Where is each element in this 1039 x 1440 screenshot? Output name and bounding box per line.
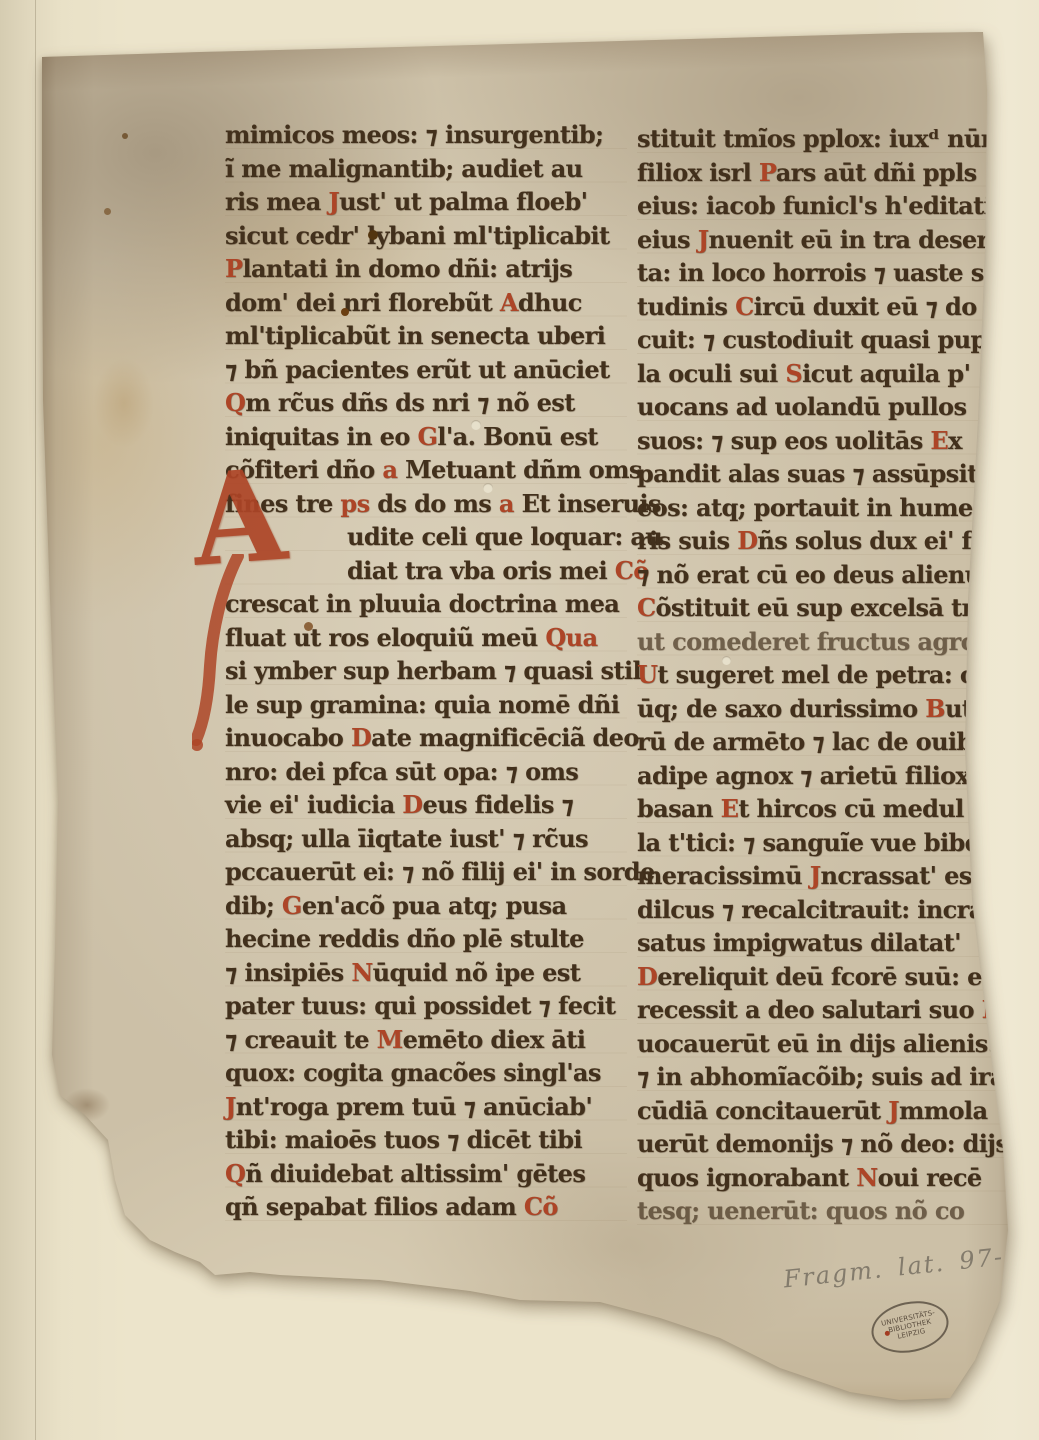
manuscript-line: filiox isrl Pars aūt dñi ppls bbox=[637, 156, 1039, 190]
ink-text: cuit: ⁊ custodiuit quasi pupil bbox=[637, 325, 1004, 354]
parchment-leaf: mimicos meos: ⁊ insurgentib;ĩ me maligna… bbox=[38, 28, 1013, 1413]
library-stamp: UNIVERSITÄTS- BIBLIOTHEK LEIPZIG bbox=[867, 1294, 954, 1359]
ink-text: rū de armēto ⁊ lac de ouib;: cū bbox=[637, 727, 1028, 756]
ink-text: ncrassat' est bbox=[821, 861, 983, 890]
ink-text: tesq; uenerūt: quos nõ co bbox=[637, 1196, 964, 1225]
manuscript-line: Plantati in domo dñi: atrijs bbox=[225, 252, 627, 286]
manuscript-line: ⁊ bñ pacientes erũt ut anūciet bbox=[225, 353, 627, 387]
manuscript-line: satus impigwatus dilatat' bbox=[637, 926, 1039, 960]
ink-text: ris suis bbox=[637, 526, 737, 555]
ink-text: fines tre bbox=[225, 489, 340, 518]
ink-text: la oculi sui bbox=[637, 359, 785, 388]
ink-text: dhuc bbox=[518, 288, 582, 317]
ink-text: vie ei' iudicia bbox=[225, 790, 402, 819]
manuscript-line: ta: in loco horrois ⁊ uaste soli bbox=[637, 256, 1039, 290]
ink-text: iniquitas in eo bbox=[225, 422, 418, 451]
manuscript-line: pater tuus: qui possidet ⁊ fecit bbox=[225, 989, 627, 1023]
ink-text: sicut cedr' lybani ml'tiplicabit bbox=[225, 221, 610, 250]
manuscript-line: sicut cedr' lybani ml'tiplicabit bbox=[225, 219, 627, 253]
rubric-text: E bbox=[721, 794, 739, 823]
ink-text: ĩ me malignantib; audiet au bbox=[225, 154, 583, 183]
ink-text: tudinis bbox=[637, 292, 735, 321]
manuscript-line: Cõstituit eū sup excelsā tra bbox=[637, 591, 1039, 625]
ink-text: uerūt demonijs ⁊ nõ deo: dijs bbox=[637, 1129, 1008, 1158]
ink-text: emēto diex āti bbox=[403, 1025, 586, 1054]
manuscript-line: ris suis Dñs solus dux ei' fuit bbox=[637, 524, 1039, 558]
rubric-text: P bbox=[759, 158, 776, 187]
ink-text: x bbox=[948, 426, 962, 455]
text-column-right: stituit tmĩos pplox: iuxᵈ nūmfiliox isrl… bbox=[637, 122, 1039, 1228]
ink-text: ⁊ nõ erat cū eo deus alienus bbox=[637, 560, 994, 589]
manuscript-line: Qm rc̃us dñs ds nri ⁊ nõ est bbox=[225, 386, 627, 420]
rubric-text: a bbox=[499, 489, 522, 518]
manuscript-line: uerūt demonijs ⁊ nõ deo: dijs bbox=[637, 1127, 1039, 1161]
manuscript-line: dib; Gen'acõ pua atq; pusa bbox=[225, 889, 627, 923]
manuscript-line: qñ sepabat filios adam Cõ bbox=[225, 1190, 627, 1224]
rubric-text: G bbox=[282, 891, 302, 920]
ink-text: ñ diuidebat altissim' gētes bbox=[245, 1159, 585, 1188]
manuscript-line: dilcus ⁊ recalcitrauit: incras bbox=[637, 893, 1039, 927]
manuscript-line: vie ei' iudicia Deus fidelis ⁊ bbox=[225, 788, 627, 822]
ink-text: t hircos cū medul bbox=[738, 794, 963, 823]
ink-text: pandit alas suas ⁊ assūpsit bbox=[637, 459, 978, 488]
rubric-text: N bbox=[351, 958, 372, 987]
ink-text: ris mea bbox=[225, 187, 328, 216]
ink-text: ūquid nõ ipe est bbox=[373, 958, 581, 987]
ink-text: la t'tici: ⁊ sanguĩe vue bibeñ bbox=[637, 828, 996, 857]
rubric-text: E bbox=[930, 426, 948, 455]
rubric-text: A bbox=[500, 288, 518, 317]
ink-text: icut aquila p' bbox=[802, 359, 970, 388]
rubric-text: B bbox=[925, 694, 945, 723]
manuscript-line: tesq; uenerūt: quos nõ co bbox=[637, 1194, 1039, 1228]
rubric-text: D bbox=[737, 526, 757, 555]
ink-text: nro: dei pfca sūt opa: ⁊ oms bbox=[225, 757, 578, 786]
ink-text: quox: cogita gnacões singl'as bbox=[225, 1058, 601, 1087]
ink-text: basan bbox=[637, 794, 721, 823]
ink-text: en'acõ pua atq; pusa bbox=[302, 891, 567, 920]
manuscript-line: stituit tmĩos pplox: iuxᵈ nūm bbox=[637, 122, 1039, 156]
manuscript-line: dom' dei nri florebũt Adhuc bbox=[225, 286, 627, 320]
ink-text: si ymber sup herbam ⁊ quasi stil bbox=[225, 656, 641, 685]
ink-text: ircū duxit eū ⁊ do bbox=[754, 292, 977, 321]
ink-text: dib; bbox=[225, 891, 282, 920]
ink-text: ro bbox=[999, 995, 1026, 1024]
manuscript-line: tibi: maioēs tuos ⁊ dicēt tibi bbox=[225, 1123, 627, 1157]
ink-stain bbox=[368, 230, 378, 240]
ink-text: ut bbox=[945, 694, 972, 723]
ink-text: ars aūt dñi ppls bbox=[776, 158, 977, 187]
manuscript-line: la t'tici: ⁊ sanguĩe vue bibeñ bbox=[637, 826, 1039, 860]
ink-text: filiox isrl bbox=[637, 158, 759, 187]
ink-text: õstituit eū sup excelsā tra bbox=[656, 593, 989, 622]
manuscript-line: Qñ diuidebat altissim' gētes bbox=[225, 1157, 627, 1191]
ink-text: ⁊ in abhomĩacõib; suis ad ira bbox=[637, 1062, 1005, 1091]
ink-text: Metuant dñm oms bbox=[405, 455, 642, 484]
manuscript-line: crescat in pluuia doctrina mea bbox=[225, 587, 627, 621]
rubric-text: ps bbox=[340, 489, 377, 518]
ink-text: ut comederet fructus agrox bbox=[637, 627, 990, 656]
ink-text: ⁊ insipiēs bbox=[225, 958, 351, 987]
ink-text: eius bbox=[637, 225, 698, 254]
manuscript-line: le sup gramina: quia nomē dñi bbox=[225, 688, 627, 722]
ink-text: eius: iacob funicl's h'editatis bbox=[637, 191, 1005, 220]
rubric-text: Q bbox=[225, 1159, 245, 1188]
ink-text: ⁊ bñ pacientes erũt ut anūciet bbox=[225, 355, 610, 384]
manuscript-line: iniquitas in eo Gl'a. Bonū est bbox=[225, 420, 627, 454]
wormhole bbox=[483, 483, 493, 493]
wormhole bbox=[471, 420, 481, 430]
manuscript-line: inuocabo Date magnificēciã deo bbox=[225, 721, 627, 755]
manuscript-line: mimicos meos: ⁊ insurgentib; bbox=[225, 118, 627, 152]
manuscript-line: eius Jnuenit eū in tra deser bbox=[637, 223, 1039, 257]
stamp-red-dot bbox=[884, 1330, 890, 1336]
manuscript-line: ūq; de saxo durissimo But bbox=[637, 692, 1039, 726]
ink-text: ñs solus dux ei' fuit bbox=[757, 526, 1007, 555]
manuscript-line: ml'tiplicabũt in senecta uberi bbox=[225, 319, 627, 353]
rubric-text: P bbox=[982, 995, 999, 1024]
ink-text: inuocabo bbox=[225, 723, 351, 752]
ink-text: nt'roga prem tuū ⁊ anūciab' bbox=[236, 1092, 592, 1121]
manuscript-line: cūdiā concitauerūt Jmmola bbox=[637, 1094, 1039, 1128]
ink-text: pccauerūt ei: ⁊ nõ filij ei' in sorde bbox=[225, 857, 655, 886]
manuscript-line: cuit: ⁊ custodiuit quasi pupil bbox=[637, 323, 1039, 357]
manuscript-line: pandit alas suas ⁊ assūpsit bbox=[637, 457, 1039, 491]
rubric-text: N bbox=[856, 1163, 877, 1192]
manuscript-line: absq; ulla īiqtate iust' ⁊ rc̃us bbox=[225, 822, 627, 856]
ink-text: cūdiā concitauerūt bbox=[637, 1096, 888, 1125]
rubric-text: D bbox=[351, 723, 371, 752]
manuscript-line: eos: atq; portauit in hume bbox=[637, 491, 1039, 525]
manuscript-line: la oculi sui Sicut aquila p' bbox=[637, 357, 1039, 391]
ink-text: mmola bbox=[899, 1096, 987, 1125]
rubric-text: Q bbox=[225, 388, 245, 417]
rubric-text: J bbox=[888, 1096, 899, 1125]
smudge-stain bbox=[94, 358, 154, 448]
ink-text: meracissimū bbox=[637, 861, 810, 890]
ink-text: adipe agnox ⁊ arietū filiox bbox=[637, 761, 969, 790]
rubric-text: S bbox=[785, 359, 802, 388]
manuscript-line: uocans ad uolandū pullos bbox=[637, 390, 1039, 424]
rubric-text: Cõ bbox=[524, 1192, 558, 1221]
ink-text: le sup gramina: quia nomē dñi bbox=[225, 690, 619, 719]
ink-text: nuenit eū in tra deser bbox=[708, 225, 988, 254]
rubric-text: Qua bbox=[545, 623, 597, 652]
ink-text: ml'tiplicabũt in senecta uberi bbox=[225, 321, 605, 350]
ink-text: ust' ut palma floeb' bbox=[339, 187, 587, 216]
manuscript-line: rū de armēto ⁊ lac de ouib;: cū bbox=[637, 725, 1039, 759]
ink-text: eos: atq; portauit in hume bbox=[637, 493, 973, 522]
ink-text: eus fidelis ⁊ bbox=[423, 790, 574, 819]
ink-text: ate magnificēciã deo bbox=[371, 723, 639, 752]
ink-text: udite celi que loquar: au bbox=[347, 522, 662, 551]
manuscript-line: fluat ut ros eloquiũ meū Qua bbox=[225, 621, 627, 655]
ink-text: uocauerūt eū in dijs alienis: bbox=[637, 1029, 996, 1058]
rubric-text: J bbox=[225, 1092, 236, 1121]
wormhole bbox=[722, 656, 731, 665]
manuscript-line: quos ignorabant Noui recē bbox=[637, 1161, 1039, 1195]
manuscript-line: si ymber sup herbam ⁊ quasi stil bbox=[225, 654, 627, 688]
manuscript-line: cõfiteri dño a Metuant dñm oms bbox=[225, 453, 627, 487]
shelfmark-inscription: Fragm. lat. 97-2 bbox=[782, 1238, 1039, 1293]
ink-text: ⁊ creauit te bbox=[225, 1025, 377, 1054]
ink-text: t sugeret mel de petra: ol'e bbox=[657, 660, 1005, 689]
photograph-background: mimicos meos: ⁊ insurgentib;ĩ me maligna… bbox=[0, 0, 1039, 1440]
ink-text: satus impigwatus dilatat' bbox=[637, 928, 961, 957]
manuscript-line: ut comederet fructus agrox bbox=[637, 625, 1039, 659]
manuscript-line: recessit a deo salutari suo Pro bbox=[637, 993, 1039, 1027]
smudge-stain bbox=[64, 1088, 110, 1122]
ink-text: lantati in domo dñi: atrijs bbox=[242, 254, 572, 283]
ink-stain bbox=[122, 133, 128, 139]
manuscript-line: pccauerūt ei: ⁊ nõ filij ei' in sorde bbox=[225, 855, 627, 889]
manuscript-line: ⁊ creauit te Memēto diex āti bbox=[225, 1023, 627, 1057]
ink-text: stituit tmĩos pplox: iuxᵈ nūm bbox=[637, 124, 1006, 153]
manuscript-line: ĩ me malignantib; audiet au bbox=[225, 152, 627, 186]
manuscript-line: tudinis Circū duxit eū ⁊ do bbox=[637, 290, 1039, 324]
rubric-text: C bbox=[637, 593, 656, 622]
text-column-left: mimicos meos: ⁊ insurgentib;ĩ me maligna… bbox=[225, 118, 627, 1224]
rubric-text: M bbox=[377, 1025, 403, 1054]
rubric-text: U bbox=[637, 660, 657, 689]
rubric-text: J bbox=[698, 225, 709, 254]
ink-text: ta: in loco horrois ⁊ uaste soli bbox=[637, 258, 1016, 287]
manuscript-line: ⁊ insipiēs Nūquid nõ ipe est bbox=[225, 956, 627, 990]
manuscript-line: diat tra vba oris mei Cõ bbox=[347, 554, 627, 588]
manuscript-line: udite celi que loquar: au bbox=[347, 520, 627, 554]
manuscript-line: fines tre ps ds do ms a Et inseruis bbox=[225, 487, 627, 521]
ink-text: Bonū est bbox=[483, 422, 598, 451]
manuscript-line: suos: ⁊ sup eos uolitās Ex bbox=[637, 424, 1039, 458]
rubric-text: P bbox=[225, 254, 242, 283]
manuscript-line: ris mea Just' ut palma floeb' bbox=[225, 185, 627, 219]
ink-text: ūq; de saxo durissimo bbox=[637, 694, 925, 723]
manuscript-line: quox: cogita gnacões singl'as bbox=[225, 1056, 627, 1090]
manuscript-line: eius: iacob funicl's h'editatis bbox=[637, 189, 1039, 223]
backing-board-edge bbox=[35, 0, 36, 1440]
ink-text: uocans ad uolandū pullos bbox=[637, 392, 966, 421]
ink-text: dilcus ⁊ recalcitrauit: incras bbox=[637, 895, 997, 924]
ink-text: oui recē bbox=[878, 1163, 982, 1192]
manuscript-line: basan Et hircos cū medul bbox=[637, 792, 1039, 826]
rubric-text: C bbox=[735, 292, 754, 321]
manuscript-line: uocauerūt eū in dijs alienis: bbox=[637, 1027, 1039, 1061]
rubric-text: a bbox=[382, 455, 405, 484]
ink-text: ds do ms bbox=[377, 489, 499, 518]
rubric-text: D bbox=[637, 962, 657, 991]
manuscript-line: adipe agnox ⁊ arietū filiox bbox=[637, 759, 1039, 793]
manuscript-line: ⁊ in abhomĩacõib; suis ad ira bbox=[637, 1060, 1039, 1094]
ink-text: mimicos meos: ⁊ insurgentib; bbox=[225, 120, 603, 149]
rubric-text: D bbox=[402, 790, 422, 819]
ink-stain bbox=[104, 208, 111, 215]
ink-text: crescat in pluuia doctrina mea bbox=[225, 589, 619, 618]
ink-text: hecine reddis dño plē stulte bbox=[225, 924, 584, 953]
rubric-text: G bbox=[418, 422, 438, 451]
manuscript-line: Ut sugeret mel de petra: ol'e bbox=[637, 658, 1039, 692]
ink-text: absq; ulla īiqtate iust' ⁊ rc̃us bbox=[225, 824, 588, 853]
ink-text: recessit a deo salutari suo bbox=[637, 995, 982, 1024]
ink-text: ereliquit deū fcorē suū: et bbox=[657, 962, 992, 991]
manuscript-line: meracissimū Jncrassat' est bbox=[637, 859, 1039, 893]
ink-text: pater tuus: qui possidet ⁊ fecit bbox=[225, 991, 615, 1020]
manuscript-line: ⁊ nõ erat cū eo deus alienus bbox=[637, 558, 1039, 592]
ink-text: cõfiteri dño bbox=[225, 455, 382, 484]
ink-text: tibi: maioēs tuos ⁊ dicēt tibi bbox=[225, 1125, 582, 1154]
ink-text: diat tra vba oris mei bbox=[347, 556, 615, 585]
ink-stain bbox=[304, 622, 313, 631]
manuscript-line: Jnt'roga prem tuū ⁊ anūciab' bbox=[225, 1090, 627, 1124]
ink-text: qñ sepabat filios adam bbox=[225, 1192, 524, 1221]
rubric-text: J bbox=[810, 861, 821, 890]
ink-text: fluat ut ros eloquiũ meū bbox=[225, 623, 545, 652]
ink-text: suos: ⁊ sup eos uolitās bbox=[637, 426, 930, 455]
manuscript-line: hecine reddis dño plē stulte bbox=[225, 922, 627, 956]
ink-stain bbox=[341, 308, 349, 316]
rubric-text: J bbox=[328, 187, 339, 216]
ink-text: m rc̃us dñs ds nri ⁊ nõ est bbox=[245, 388, 574, 417]
ink-text: dom' dei nri florebũt bbox=[225, 288, 500, 317]
ink-text: quos ignorabant bbox=[637, 1163, 856, 1192]
manuscript-line: Dereliquit deū fcorē suū: et bbox=[637, 960, 1039, 994]
manuscript-line: nro: dei pfca sūt opa: ⁊ oms bbox=[225, 755, 627, 789]
